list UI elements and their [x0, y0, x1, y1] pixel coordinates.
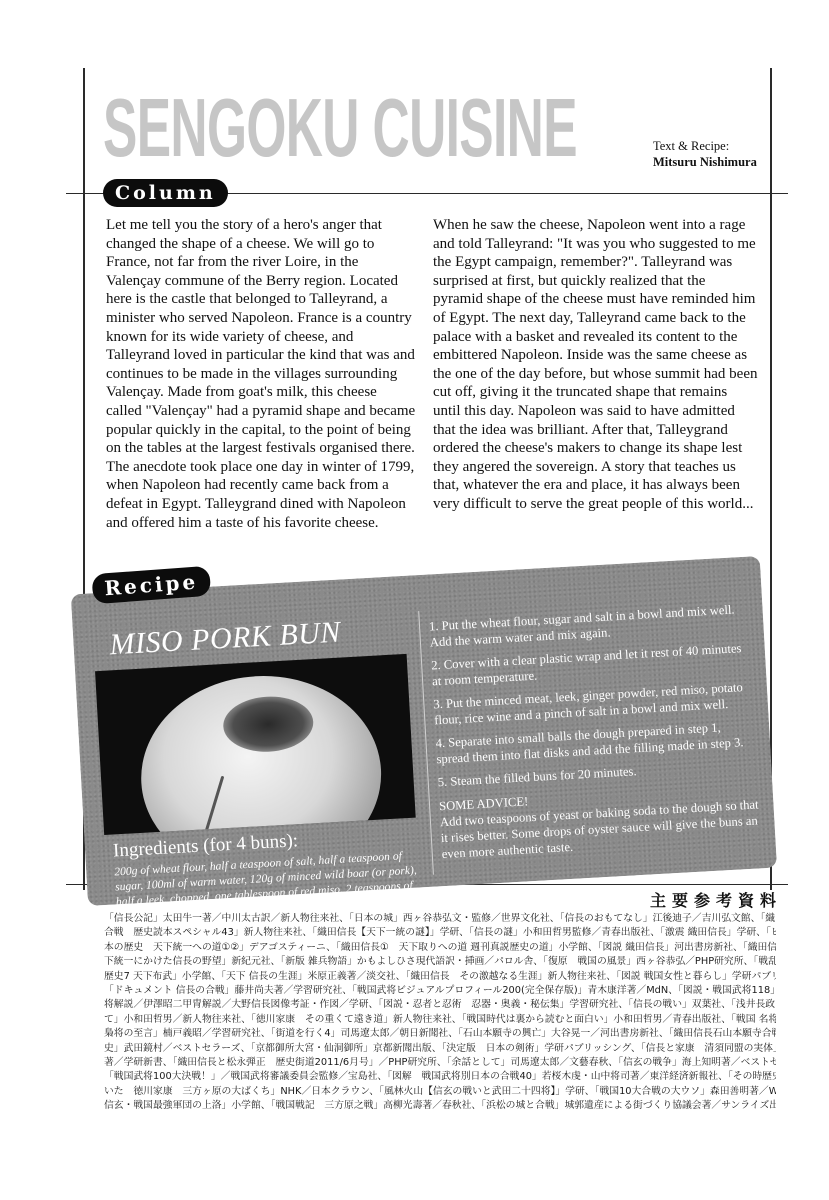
page-title: SENGOKU CUISINE [103, 86, 577, 169]
references-list: 「信長公記」太田牛一著／中川太古訳／新人物往来社、「日本の城」西ヶ谷恭弘文・監修… [104, 912, 776, 1114]
reference-line: 合戦 歴史読本スペシャル43」新人物往来社、「織田信長【天下一統の謎】」学研、「… [104, 926, 776, 940]
reference-line: 「戦国武将100大決戦！」／戦国武将審議委員会監修／宝島社、「図解 戦国武将別日… [104, 1070, 776, 1084]
reference-line: 将解説／伊澤昭二甲冑解説／大野信長図像考証・作図／学研、「図説・忍者と忍術 忍器… [104, 998, 776, 1012]
reference-line: て」小和田哲男／新人物往来社、「徳川家康 その重くて遠き道」新人物往来社、「戦国… [104, 1013, 776, 1027]
reference-line: 著／学研新書、「織田信長と松永弾正 歴史街道2011/6月号」／PHP研究所、「… [104, 1056, 776, 1070]
column-badge: Column [103, 179, 228, 207]
recipe-steps: 1. Put the wheat flour, sugar and salt i… [429, 601, 762, 862]
reference-line: 史」武田鏡村／ベストセラーズ、「京都御所大宮・仙洞御所」京都新聞出版、「決定版 … [104, 1042, 776, 1056]
column-text-left: Let me tell you the story of a hero's an… [106, 216, 416, 532]
column-paragraph-left: Let me tell you the story of a hero's an… [106, 216, 416, 532]
recipe-photo [95, 654, 416, 835]
references-heading: 主要参考資料 [650, 888, 782, 911]
reference-line: 「ドキュメント 信長の合戦」藤井尚夫著／学習研究社、「戦国武将ビジュアルプロフィ… [104, 984, 776, 998]
credit-label: Text & Recipe: [653, 139, 729, 153]
reference-line: 「信長公記」太田牛一著／中川太古訳／新人物往来社、「日本の城」西ヶ谷恭弘文・監修… [104, 912, 776, 926]
reference-line: 歴史7 天下布武」小学館、「天下 信長の生涯」米原正義著／淡交社、「織田信長 そ… [104, 970, 776, 984]
reference-line: 本の歴史 天下統一への道①②」デアゴスティーニ、「織田信長① 天下取りへの道 週… [104, 941, 776, 955]
reference-line: 梟将の至言」楠戸義昭／学習研究社、「街道を行く4」司馬遼太郎／朝日新聞社、「石山… [104, 1027, 776, 1041]
reference-line: いた 徳川家康 三方ヶ原の大ばくち」NHK／日本クラウン、「風林火山【信玄の戦い… [104, 1085, 776, 1099]
recipe-title: MISO PORK BUN [109, 615, 342, 662]
recipe-panel: MISO PORK BUN Ingredients (for 4 buns): … [71, 556, 777, 906]
column-paragraph-right: When he saw the cheese, Napoleon went in… [433, 216, 758, 514]
reference-line: 信玄・戦国最強軍団の上洛」小学館、「戦国戦記 三方原之戦」高柳光壽著／春秋社、「… [104, 1099, 776, 1113]
column-text-right: When he saw the cheese, Napoleon went in… [433, 216, 758, 514]
recipe-card: MISO PORK BUN Ingredients (for 4 buns): … [70, 536, 777, 894]
reference-line: 下統一にかけた信長の野望」新紀元社、「新版 雑兵物語」かもよしひさ現代語訳・挿画… [104, 955, 776, 969]
credit: Text & Recipe: Mitsuru Nishimura [653, 138, 757, 170]
credit-author: Mitsuru Nishimura [653, 154, 757, 170]
bun-image [136, 670, 387, 835]
